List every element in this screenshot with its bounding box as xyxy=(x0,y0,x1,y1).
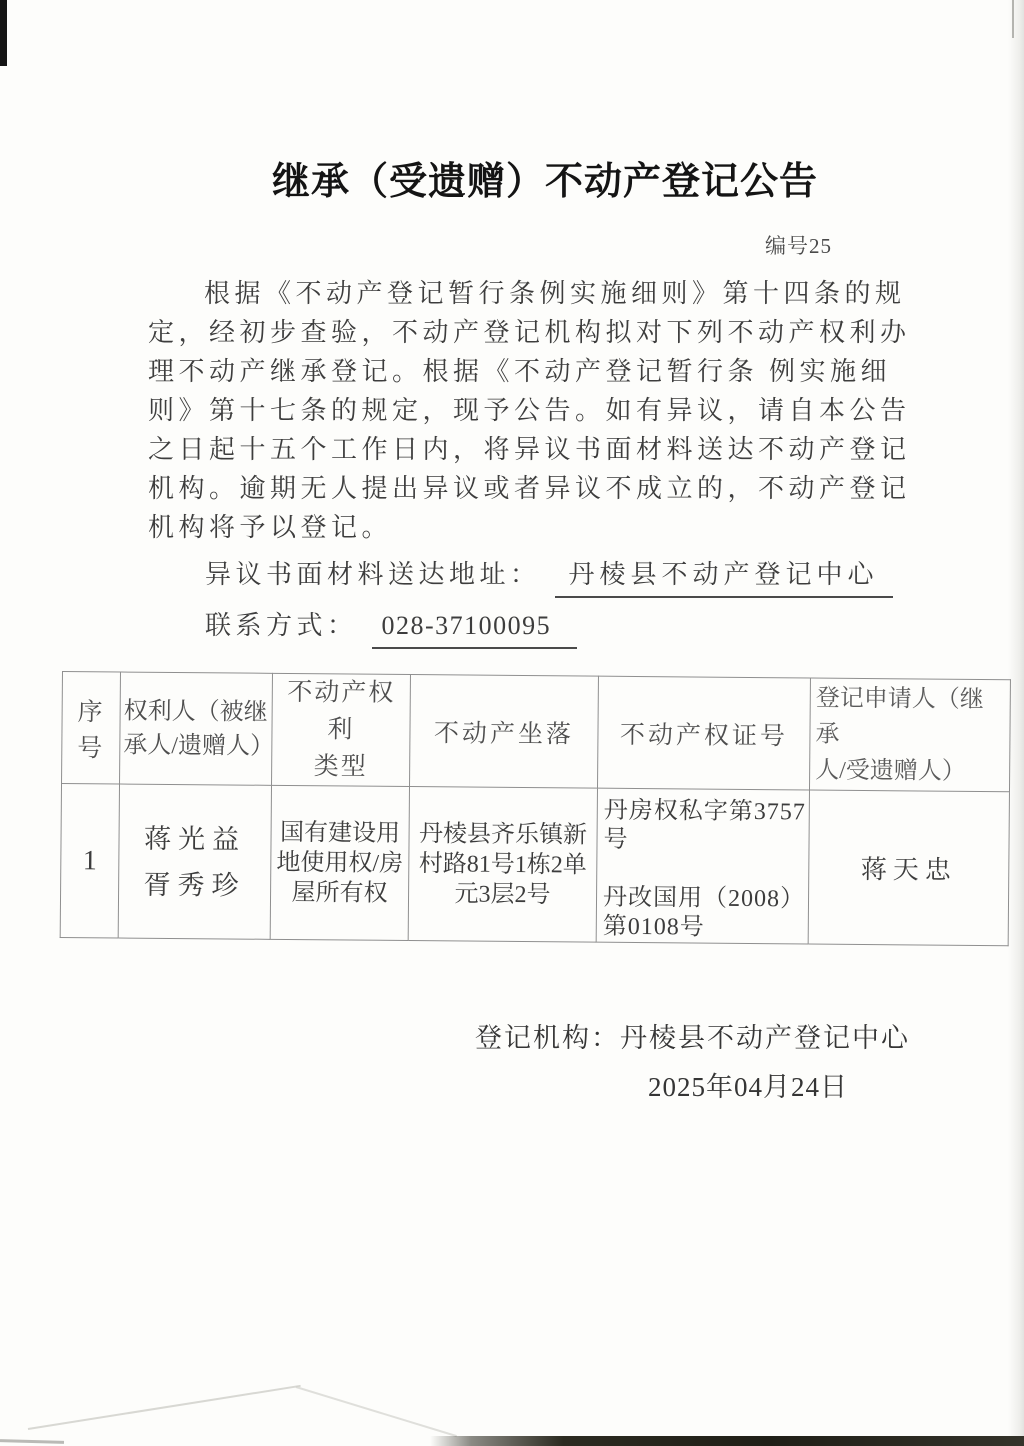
column-header-seq: 序号 xyxy=(62,672,121,785)
body-line: 理不动产继承登记。根据《不动产登记暂行条 例实施细 xyxy=(148,352,914,391)
scanned-document-page: 继承（受遗赠）不动产登记公告 编号25 根据《不动产登记暂行条例实施细则》第十四… xyxy=(0,0,1024,1446)
cell-holder: 蒋光益 胥秀珍 xyxy=(118,784,271,939)
table-row: 1 蒋光益 胥秀珍 国有建设用 地使用权/房 屋所有权 丹棱县齐乐镇新 村路81… xyxy=(60,784,1009,946)
scan-artifact-edge-line xyxy=(1012,0,1014,38)
column-header-cert-no: 不动产权证号 xyxy=(597,676,810,790)
column-header-right-type: 不动产权利 类型 xyxy=(272,673,411,786)
announcement-date: 2025年04月24日 xyxy=(648,1065,1024,1104)
body-line: 之日起十五个工作日内，将异议书面材料送达不动产登记 xyxy=(148,430,914,469)
contact-line: 联系方式：028-37100095 xyxy=(205,606,1024,649)
document-title: 继承（受遗赠）不动产登记公告 xyxy=(66,158,1024,206)
column-header-applicant: 登记申请人（继承 人/受遗赠人） xyxy=(809,678,1010,792)
scan-artifact-bottom-edge xyxy=(0,1436,1024,1446)
body-line: 定，经初步查验，不动产登记机构拟对下列不动产权利办 xyxy=(148,313,914,352)
announcement-document: 继承（受遗赠）不动产登记公告 编号25 根据《不动产登记暂行条例实施细则》第十四… xyxy=(0,0,1024,1446)
announcement-body: 根据《不动产登记暂行条例实施细则》第十四条的规 定，经初步查验，不动产登记机构拟… xyxy=(148,274,914,547)
body-line: 则》第十七条的规定，现予公告。如有异议，请自本公告 xyxy=(148,391,914,430)
column-header-location: 不动产坐落 xyxy=(410,675,599,789)
cell-seq: 1 xyxy=(60,784,119,939)
property-registration-table: 序号 权利人（被继 承人/遗赠人） 不动产权利 类型 不动产坐落 不动产权证号 … xyxy=(60,671,1011,946)
cell-right-type: 国有建设用 地使用权/房 屋所有权 xyxy=(270,785,409,940)
table-header-row: 序号 权利人（被继 承人/遗赠人） 不动产权利 类型 不动产坐落 不动产权证号 … xyxy=(62,672,1011,792)
cell-location: 丹棱县齐乐镇新 村路81号1栋2单 元3层2号 xyxy=(408,787,597,943)
cell-cert-no: 丹房权私字第3757 号 丹改国用（2008） 第0108号 xyxy=(596,788,809,944)
cell-applicant: 蒋天忠 xyxy=(808,790,1009,946)
objection-address-label: 异议书面材料送达地址： xyxy=(205,560,541,589)
column-header-holder: 权利人（被继 承人/遗赠人） xyxy=(120,672,273,785)
body-line: 机构。逾期无人提出异议或者异议不成立的，不动产登记 xyxy=(148,469,914,508)
document-number: 编号25 xyxy=(765,230,1024,260)
registration-agency-line: 登记机构：丹棱县不动产登记中心 xyxy=(475,1016,1024,1055)
body-line: 机构将予以登记。 xyxy=(148,508,914,547)
body-line: 根据《不动产登记暂行条例实施细则》第十四条的规 xyxy=(148,274,914,313)
objection-address-value: 丹棱县不动产登记中心 xyxy=(555,555,893,598)
objection-address-line: 异议书面材料送达地址：丹棱县不动产登记中心 xyxy=(205,555,1024,598)
contact-phone-value: 028-37100095 xyxy=(372,606,578,649)
contact-label: 联系方式： xyxy=(205,611,358,640)
scan-artifact-corner-mark xyxy=(0,0,7,66)
